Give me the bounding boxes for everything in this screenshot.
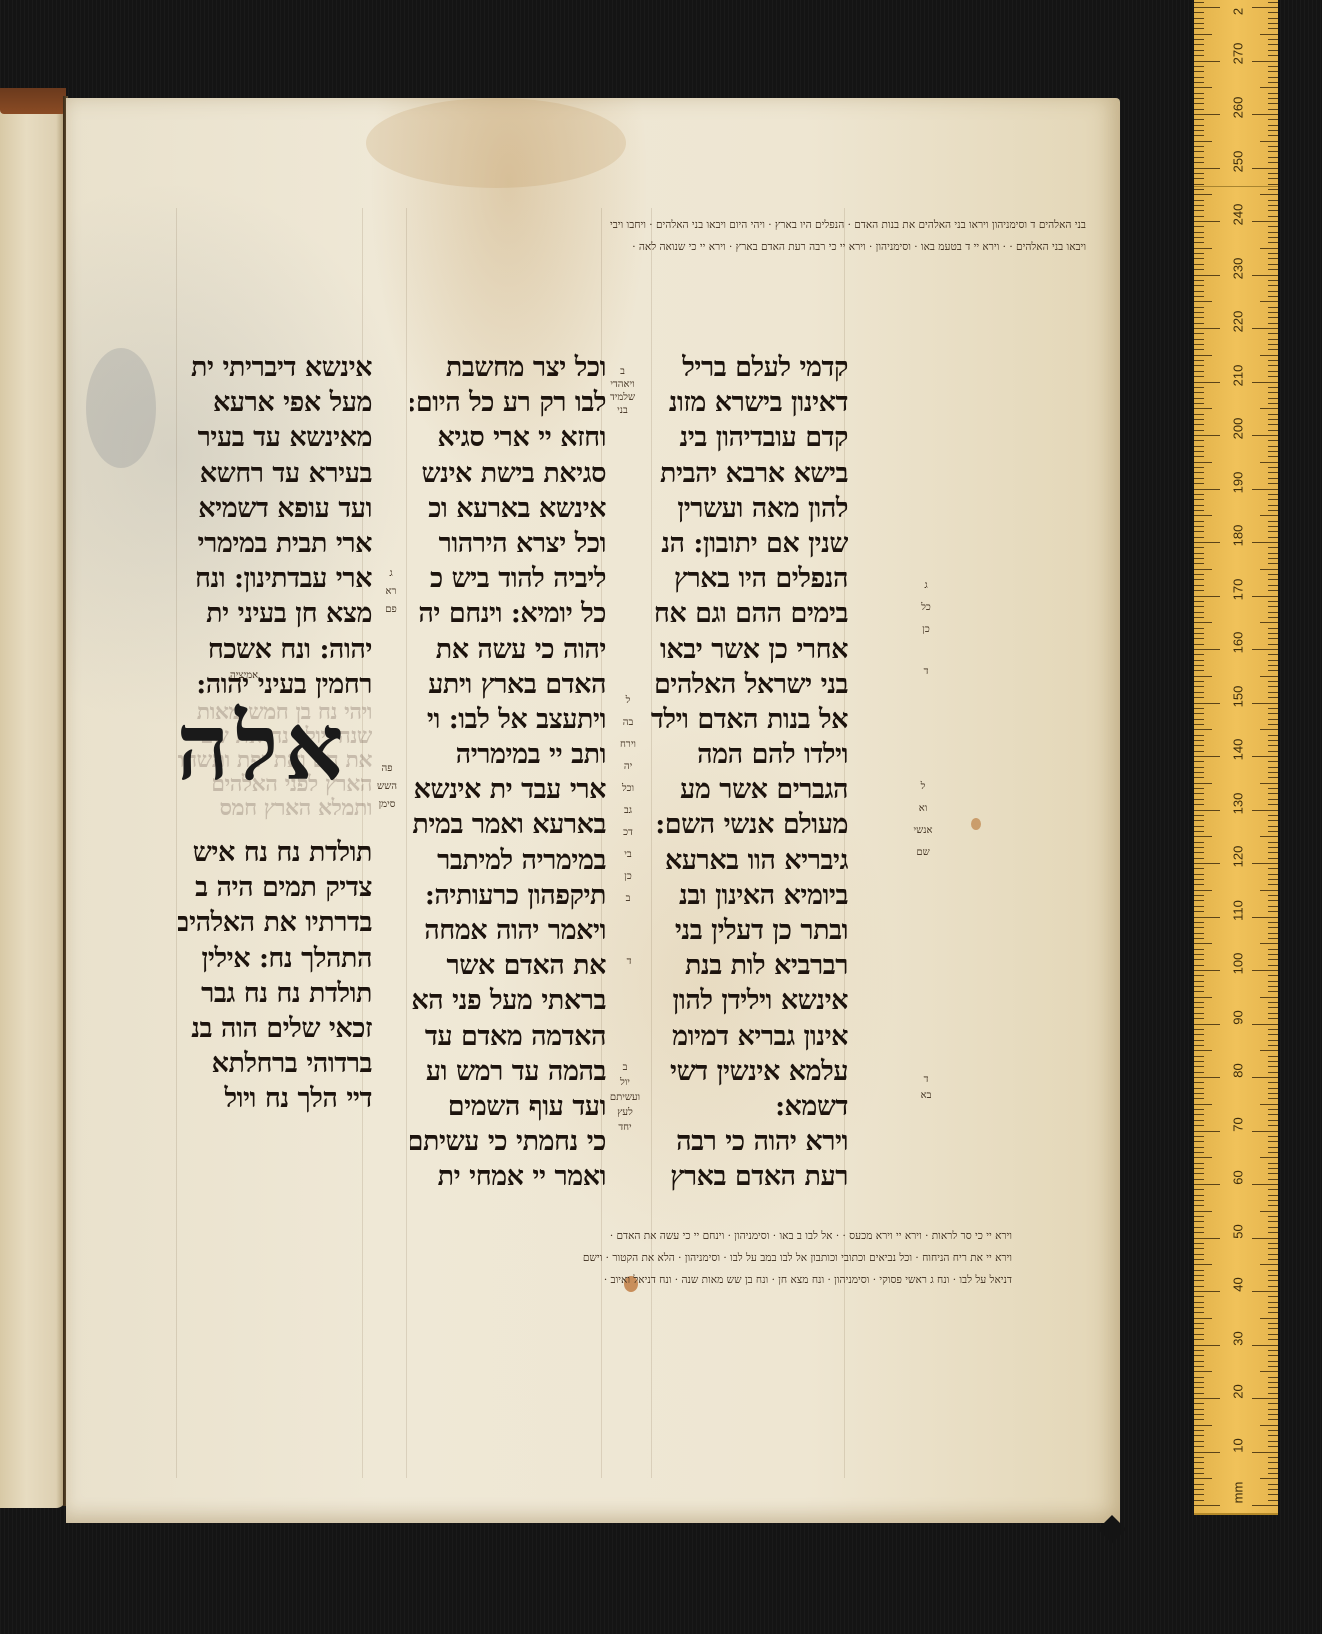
margin-note: ל בה וירח יה וכל גב דכ בי כן ב [610, 690, 646, 910]
text-line: מעל אפי ארעא [178, 385, 372, 420]
ruler-tick [1268, 151, 1278, 152]
ruler-tick [1268, 1168, 1278, 1169]
ruler-tick [1268, 200, 1278, 201]
masora-top-line: בני האלהים ד וסימניהון ויראו בני האלהים … [180, 214, 1086, 236]
ruler-tick [1268, 1109, 1278, 1110]
ruler-tick [1194, 986, 1204, 987]
ruler-tick [1194, 553, 1204, 554]
ruler-tick [1268, 1248, 1278, 1249]
ruler-tick [1268, 1061, 1278, 1062]
ruler-tick [1268, 922, 1278, 923]
ruler-tick [1268, 949, 1278, 950]
ruler-tick [1194, 472, 1204, 473]
note: ועשיתם [595, 1090, 655, 1105]
ruler-tick [1268, 414, 1278, 415]
text-line: יהוה כי עשה את [410, 632, 606, 667]
ruler-tick [1268, 242, 1278, 243]
ruler-unit-label: mm [1231, 1479, 1246, 1507]
ruler-tick [1268, 264, 1278, 265]
ruler-tick [1194, 1243, 1204, 1244]
ruler-tick [1194, 1120, 1204, 1121]
ruler-tick [1252, 61, 1278, 62]
ruler-tick [1194, 414, 1204, 415]
ruler-tick [1268, 1302, 1278, 1303]
ruler-tick [1260, 301, 1278, 302]
ruler-tick [1194, 61, 1220, 62]
note: בא [918, 1088, 934, 1104]
ruler-tick [1268, 1500, 1278, 1501]
ruler-tick [1268, 1152, 1278, 1153]
ruler-tick [1194, 462, 1212, 463]
ruler-tick [1260, 1157, 1278, 1158]
ruler-tick [1268, 585, 1278, 586]
margin-note: ל וא אנשי שם [910, 776, 936, 864]
margin-note: פה השש סימן [370, 760, 404, 814]
ruler-tick [1268, 1377, 1278, 1378]
ruler-tick [1268, 371, 1278, 372]
note: פה [370, 760, 404, 778]
ruler-tick [1268, 633, 1278, 634]
note: שלמיד [600, 391, 645, 404]
ruler-tick [1260, 890, 1278, 891]
note: ג [380, 565, 402, 583]
text-line: בישא ארבא יהבית [650, 456, 848, 491]
text-line: תיקפהון כרעותיה: [410, 878, 606, 913]
ruler-tick [1194, 1056, 1204, 1057]
ruler-tick [1268, 724, 1278, 725]
ruler-tick [1268, 874, 1278, 875]
ruler-tick [1194, 125, 1204, 126]
ruler-tick [1268, 510, 1278, 511]
ruler-tick [1194, 868, 1204, 869]
ruler-tick [1194, 146, 1204, 147]
text-line: וילדו להם המה [650, 737, 848, 772]
ruler-tick [1268, 44, 1278, 45]
ruler-tick [1194, 1221, 1204, 1222]
ruler-tick [1268, 1227, 1278, 1228]
ruler-tick [1268, 670, 1278, 671]
ruler-tick [1194, 697, 1204, 698]
ruler-seam [1194, 186, 1278, 187]
ruler-tick [1194, 435, 1220, 436]
ruler-tick [1194, 1254, 1204, 1255]
ruler-tick [1194, 1227, 1204, 1228]
ruler-tick [1268, 574, 1278, 575]
note: ב [595, 1060, 655, 1075]
ruler-tick [1194, 12, 1204, 13]
text-line: עלמא אינשין דשי [650, 1054, 848, 1089]
ruler-tick [1194, 917, 1220, 918]
ruler-tick [1194, 970, 1220, 971]
ruler-tick [1252, 1345, 1278, 1346]
ruler-tick [1268, 1098, 1278, 1099]
ruler-tick [1194, 291, 1204, 292]
note: כל [918, 597, 934, 619]
ruler-tick [1252, 970, 1278, 971]
ruler-tick [1268, 900, 1278, 901]
text-line: בהמה עד רמש וע [410, 1054, 606, 1089]
ruler-tick [1268, 1254, 1278, 1255]
ruler-tick [1194, 777, 1204, 778]
ruler-tick [1194, 1334, 1204, 1335]
text-line: ואמר יי אמחי ית [410, 1159, 606, 1194]
ruler-tick [1268, 558, 1278, 559]
ruler-tick [1268, 451, 1278, 452]
note: ויאהדי [600, 378, 645, 391]
note: רא [380, 583, 402, 601]
ruler-label: 210 [1231, 362, 1246, 390]
ruler-tick [1194, 1500, 1204, 1501]
ruler-tick [1268, 1189, 1278, 1190]
note: סימן [370, 796, 404, 814]
text-line: בעירא עד רחשא [178, 456, 372, 491]
ruler-tick [1268, 2, 1278, 3]
text-line: אינשא דיבריתי ית [178, 350, 372, 385]
note: ג [918, 575, 934, 597]
text-line: קדם עובדיהון בינ [650, 420, 848, 455]
ruler-tick [1194, 911, 1204, 912]
ruler-tick [1268, 392, 1278, 393]
ruler-tick [1252, 1238, 1278, 1239]
text-line: רעת האדם בארץ [650, 1159, 848, 1194]
ruler-tick [1194, 649, 1220, 650]
ruler-tick [1268, 1114, 1278, 1115]
ruler-tick [1268, 210, 1278, 211]
ruler-tick [1194, 226, 1204, 227]
ruler-tick [1194, 1414, 1204, 1415]
ruler-tick [1268, 119, 1278, 120]
ruler-tick [1194, 360, 1204, 361]
ruler-tick [1268, 1393, 1278, 1394]
ruler-tick [1194, 248, 1212, 249]
ruler-tick [1268, 1484, 1278, 1485]
ruler-tick [1268, 1446, 1278, 1447]
ruler-tick [1194, 483, 1204, 484]
text-line: כי נחמתי כי עשיתם: [410, 1124, 606, 1159]
ruler-tick [1260, 408, 1278, 409]
ruler-tick [1194, 44, 1204, 45]
ruler-tick [1252, 917, 1278, 918]
ruler-tick [1194, 216, 1204, 217]
ruler-tick [1268, 1034, 1278, 1035]
ruler-tick [1268, 478, 1278, 479]
ruler-tick [1194, 258, 1204, 259]
ruler-tick [1194, 558, 1204, 559]
ruler-label: 70 [1231, 1111, 1246, 1139]
ruler-tick [1194, 510, 1204, 511]
ruler-tick [1260, 1478, 1278, 1479]
ruler-tick [1268, 173, 1278, 174]
ruler-tick [1260, 1318, 1278, 1319]
ruler-tick [1268, 975, 1278, 976]
ruler-tick [1194, 499, 1204, 500]
ruler-tick [1268, 162, 1278, 163]
ruler-tick [1252, 596, 1278, 597]
ruler-tick [1268, 98, 1278, 99]
note: ב [600, 365, 645, 378]
ruler-tick [1268, 39, 1278, 40]
ruler-tick [1268, 713, 1278, 714]
text-line: להון מאה ועשרין [650, 491, 848, 526]
ruler-tick [1194, 1184, 1220, 1185]
ruler-tick [1268, 1072, 1278, 1073]
ruler-tick [1194, 815, 1204, 816]
text-line: וכל יצר מחשבת [410, 350, 606, 385]
ruler-tick [1268, 526, 1278, 527]
ruler-tick [1268, 1489, 1278, 1490]
margin-note: ג כל כן ד [918, 575, 934, 683]
ruler-tick [1194, 387, 1204, 388]
ruler-tick [1268, 403, 1278, 404]
ruler-tick [1194, 708, 1204, 709]
ruler-tick [1194, 943, 1212, 944]
ruler-tick [1268, 1280, 1278, 1281]
ruler-tick [1268, 1200, 1278, 1201]
ruler-tick [1194, 184, 1204, 185]
ruler-tick [1194, 1270, 1204, 1271]
ruler-tick [1268, 472, 1278, 473]
ruler-tick [1268, 761, 1278, 762]
ruler-tick [1268, 1120, 1278, 1121]
text-line: אינשא בארעא וכ [410, 491, 606, 526]
ruler-tick [1194, 1296, 1204, 1297]
ruler-tick [1194, 1050, 1212, 1051]
ruler-tick [1268, 1066, 1278, 1067]
ruler-tick [1194, 66, 1204, 67]
ruler-tick [1194, 34, 1212, 35]
ruler-tick [1194, 77, 1204, 78]
ruler-tick [1194, 1328, 1204, 1329]
note: בה [610, 712, 646, 734]
note: ב [610, 888, 646, 910]
ruler-tick [1194, 644, 1204, 645]
text-line: בדרתיו את האלהים [178, 905, 372, 940]
ruler-tick [1194, 7, 1220, 8]
ruler-tick [1194, 494, 1204, 495]
ruler-label: 20 [1231, 1378, 1246, 1406]
ruler-tick [1194, 1275, 1204, 1276]
note: וא [910, 798, 936, 820]
ruler-tick [1194, 949, 1204, 950]
note: ד [918, 661, 934, 683]
ruler-tick [1268, 986, 1278, 987]
ruler-tick [1268, 1270, 1278, 1271]
ruler-tick [1268, 601, 1278, 602]
ruler-tick [1194, 515, 1212, 516]
note: גב [610, 800, 646, 822]
text-line: וכל יצרא הירהור [410, 526, 606, 561]
ruler-tick [1194, 382, 1220, 383]
ruler-tick [1194, 927, 1204, 928]
ruler-tick [1194, 1355, 1204, 1356]
masora-bottom-line: וירא יי כי סר לראות · וירא יי וירא מכעס … [180, 1225, 1012, 1247]
ruler-tick [1194, 205, 1204, 206]
ruler-tick [1194, 1232, 1204, 1233]
text-line: יהוה: ונח אשכח [178, 632, 372, 667]
ruler-tick [1268, 884, 1278, 885]
ruler-tick [1268, 852, 1278, 853]
ruler-tick [1252, 114, 1278, 115]
ruler-tick [1268, 644, 1278, 645]
ruler-tick [1268, 499, 1278, 500]
ruler-tick [1194, 719, 1204, 720]
ruler-tick [1268, 719, 1278, 720]
ruler-tick [1194, 1291, 1220, 1292]
ruler-tick [1268, 868, 1278, 869]
ruler-tick [1268, 938, 1278, 939]
ruler-tick [1252, 435, 1278, 436]
ruler-tick [1268, 606, 1278, 607]
ruler-tick [1194, 836, 1212, 837]
ruler-tick [1194, 232, 1204, 233]
ruler-tick [1268, 1141, 1278, 1142]
ruler-tick [1194, 842, 1204, 843]
ruler-tick [1252, 7, 1278, 8]
ruler-tick [1194, 365, 1204, 366]
ruler-tick [1194, 109, 1204, 110]
ruler-tick [1268, 531, 1278, 532]
ruler-tick [1268, 365, 1278, 366]
ruler-tick [1194, 826, 1204, 827]
ruler-tick [1194, 991, 1204, 992]
ruler-tick [1194, 1323, 1204, 1324]
ruler-tick [1194, 269, 1204, 270]
ruler-tick [1194, 670, 1204, 671]
ruler-tick [1194, 1007, 1204, 1008]
text-line: התהלך נח: אילין [178, 941, 372, 976]
ruler-tick [1268, 1296, 1278, 1297]
text-column-left-bottom: תולדת נח נח איש צדיק תמים היה ב בדרתיו א… [178, 835, 372, 1117]
ruler-tick [1260, 836, 1278, 837]
ruler-tick [1268, 1205, 1278, 1206]
ruler-tick [1194, 1371, 1212, 1372]
text-line: כל יומיא: וינחם יה [410, 596, 606, 631]
ruler-tick [1268, 954, 1278, 955]
ruler-tick [1194, 745, 1204, 746]
ruler-tick [1194, 1066, 1204, 1067]
ruler-tick [1194, 1136, 1204, 1137]
text-line: מצא חן בעיני ית [178, 596, 372, 631]
ruler-tick [1194, 39, 1204, 40]
ruler-tick [1194, 403, 1204, 404]
ruler-tick [1194, 456, 1204, 457]
ruler-tick [1260, 1050, 1278, 1051]
ruler-tick [1194, 50, 1204, 51]
ruler-tick [1194, 761, 1204, 762]
ruler-tick [1194, 23, 1204, 24]
ruler-tick [1194, 959, 1204, 960]
ruler-tick [1194, 1312, 1204, 1313]
ruler-tick [1194, 189, 1204, 190]
ruler-tick [1194, 547, 1204, 548]
ruler-tick [1194, 788, 1204, 789]
ruler-tick [1194, 793, 1204, 794]
text-line: וחזא יי ארי סגיא [410, 420, 606, 455]
ruler-tick [1268, 323, 1278, 324]
ruler-tick [1194, 804, 1204, 805]
ruler-tick [1268, 799, 1278, 800]
ruler-tick [1268, 1382, 1278, 1383]
ruler-tick [1194, 93, 1204, 94]
text-line: אחרי כן אשר יבאו [650, 632, 848, 667]
ruler-label: 80 [1231, 1057, 1246, 1085]
ruler-tick [1194, 2, 1204, 3]
ruler-tick [1194, 1072, 1204, 1073]
ruler-tick [1268, 767, 1278, 768]
ruler-tick [1194, 1473, 1204, 1474]
ruler-tick [1268, 376, 1278, 377]
ruler-tick [1268, 831, 1278, 832]
ruler-tick [1268, 291, 1278, 292]
ruler-tick [1268, 751, 1278, 752]
water-stain [366, 98, 626, 188]
ruler-tick [1194, 242, 1204, 243]
ruler-tick [1194, 376, 1204, 377]
text-column-right: קדמי לעלם בריל דאינון בישרא מזונ קדם עוב… [650, 350, 848, 1195]
text-line: דשמא: [650, 1089, 848, 1124]
ruler-tick [1260, 783, 1278, 784]
ruler-tick [1268, 103, 1278, 104]
ruler-tick [1194, 87, 1212, 88]
ruler-tick [1194, 1179, 1204, 1180]
margin-note: ב ויאהדי שלמיד בני [600, 365, 645, 417]
ruler-tick [1194, 339, 1204, 340]
ruler-tick [1268, 483, 1278, 484]
ruler-tick [1268, 847, 1278, 848]
ruler-tick [1268, 146, 1278, 147]
ruler-tick [1194, 756, 1220, 757]
ruler-tick [1194, 1040, 1204, 1041]
ruler-tick [1194, 1013, 1204, 1014]
ruler-tick [1194, 467, 1204, 468]
ruler-tick [1268, 981, 1278, 982]
ruler-tick [1194, 922, 1204, 923]
ruler-label: 50 [1231, 1218, 1246, 1246]
ruler-tick [1260, 1425, 1278, 1426]
ruler-tick [1194, 1484, 1204, 1485]
text-line: מעולם אנשי השם: [650, 807, 848, 842]
ruler-tick [1194, 1157, 1212, 1158]
ruler-tick [1268, 1361, 1278, 1362]
ruler-tick [1268, 1163, 1278, 1164]
ruler-label: 110 [1231, 897, 1246, 925]
ruler-tick [1194, 692, 1204, 693]
ruler-tick [1194, 168, 1220, 169]
ruler-tick [1268, 398, 1278, 399]
ruler-tick [1194, 906, 1204, 907]
ruler-tick [1252, 168, 1278, 169]
ruler-tick [1194, 1435, 1204, 1436]
text-line: ותב יי במימריה [410, 737, 606, 772]
ruler-tick [1194, 1345, 1220, 1346]
ruler-tick [1252, 1131, 1278, 1132]
ruler-tick [1268, 1125, 1278, 1126]
ruler-label: 140 [1231, 736, 1246, 764]
ruler-tick [1268, 740, 1278, 741]
ruler-tick [1268, 312, 1278, 313]
ruler-tick [1194, 612, 1204, 613]
ruler-tick [1194, 601, 1204, 602]
ruler-tick [1268, 66, 1278, 67]
ruler-tick [1194, 280, 1204, 281]
ruler-tick [1194, 1104, 1212, 1105]
ruler-tick [1194, 1045, 1204, 1046]
text-line: האדמה מאדם עד [410, 1019, 606, 1054]
ruler-tick [1268, 307, 1278, 308]
ruler-tick [1268, 296, 1278, 297]
ruler-tick [1252, 1505, 1278, 1506]
ruler-tick [1268, 440, 1278, 441]
